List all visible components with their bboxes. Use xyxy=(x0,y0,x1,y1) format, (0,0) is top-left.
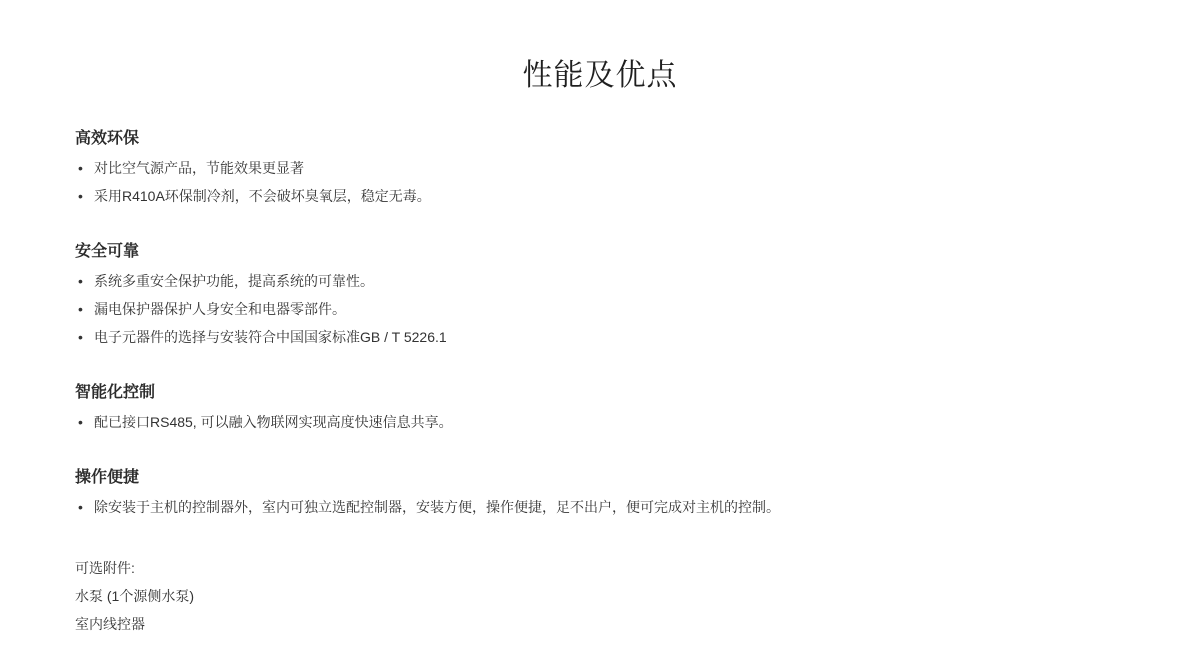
bullet-text: 漏电保护器保护人身安全和电器零部件。 xyxy=(94,301,346,317)
optional-accessories: 可选附件: 水泵 (1个源侧水泵) 室内线控器 xyxy=(75,554,1125,638)
bullet-item: • 除安装于主机的控制器外，室内可独立选配控制器，安装方便，操作便捷，足不出户，… xyxy=(75,493,1125,521)
bullet-icon: • xyxy=(78,408,83,436)
section-heading: 高效环保 xyxy=(75,130,1125,147)
accessories-label: 可选附件: xyxy=(75,554,1125,582)
bullet-text: 采用R410A环保制冷剂，不会破坏臭氧层，稳定无毒。 xyxy=(94,188,431,204)
section-heading: 操作便捷 xyxy=(75,469,1125,486)
bullet-list: • 配已接口RS485, 可以融入物联网实现高度快速信息共享。 xyxy=(75,408,1125,436)
bullet-icon: • xyxy=(78,267,83,295)
accessory-item: 室内线控器 xyxy=(75,610,1125,638)
accessory-item: 水泵 (1个源侧水泵) xyxy=(75,582,1125,610)
bullet-text: 系统多重安全保护功能，提高系统的可靠性。 xyxy=(94,273,374,289)
bullet-text: 除安装于主机的控制器外，室内可独立选配控制器，安装方便，操作便捷，足不出户，便可… xyxy=(94,499,780,515)
section-safe-reliable: 安全可靠 • 系统多重安全保护功能，提高系统的可靠性。 • 漏电保护器保护人身安… xyxy=(75,243,1125,351)
bullet-item: • 采用R410A环保制冷剂，不会破坏臭氧层，稳定无毒。 xyxy=(75,182,1125,210)
bullet-text: 电子元器件的选择与安装符合中国国家标准GB / T 5226.1 xyxy=(94,329,447,345)
bullet-icon: • xyxy=(78,323,83,351)
page-title: 性能及优点 xyxy=(75,0,1125,94)
section-smart-control: 智能化控制 • 配已接口RS485, 可以融入物联网实现高度快速信息共享。 xyxy=(75,384,1125,436)
bullet-item: • 对比空气源产品，节能效果更显著 xyxy=(75,154,1125,182)
section-heading: 智能化控制 xyxy=(75,384,1125,401)
section-heading: 安全可靠 xyxy=(75,243,1125,260)
bullet-list: • 对比空气源产品，节能效果更显著 • 采用R410A环保制冷剂，不会破坏臭氧层… xyxy=(75,154,1125,210)
bullet-text: 对比空气源产品，节能效果更显著 xyxy=(94,160,304,176)
bullet-item: • 系统多重安全保护功能，提高系统的可靠性。 xyxy=(75,267,1125,295)
bullet-item: • 电子元器件的选择与安装符合中国国家标准GB / T 5226.1 xyxy=(75,323,1125,351)
product-features-page: 性能及优点 高效环保 • 对比空气源产品，节能效果更显著 • 采用R410A环保… xyxy=(0,0,1200,665)
section-easy-operation: 操作便捷 • 除安装于主机的控制器外，室内可独立选配控制器，安装方便，操作便捷，… xyxy=(75,469,1125,521)
bullet-item: • 配已接口RS485, 可以融入物联网实现高度快速信息共享。 xyxy=(75,408,1125,436)
bullet-item: • 漏电保护器保护人身安全和电器零部件。 xyxy=(75,295,1125,323)
bullet-icon: • xyxy=(78,493,83,521)
section-eco-friendly: 高效环保 • 对比空气源产品，节能效果更显著 • 采用R410A环保制冷剂，不会… xyxy=(75,130,1125,210)
bullet-icon: • xyxy=(78,182,83,210)
bullet-list: • 除安装于主机的控制器外，室内可独立选配控制器，安装方便，操作便捷，足不出户，… xyxy=(75,493,1125,521)
bullet-list: • 系统多重安全保护功能，提高系统的可靠性。 • 漏电保护器保护人身安全和电器零… xyxy=(75,267,1125,351)
bullet-icon: • xyxy=(78,154,83,182)
bullet-icon: • xyxy=(78,295,83,323)
bullet-text: 配已接口RS485, 可以融入物联网实现高度快速信息共享。 xyxy=(94,414,453,430)
